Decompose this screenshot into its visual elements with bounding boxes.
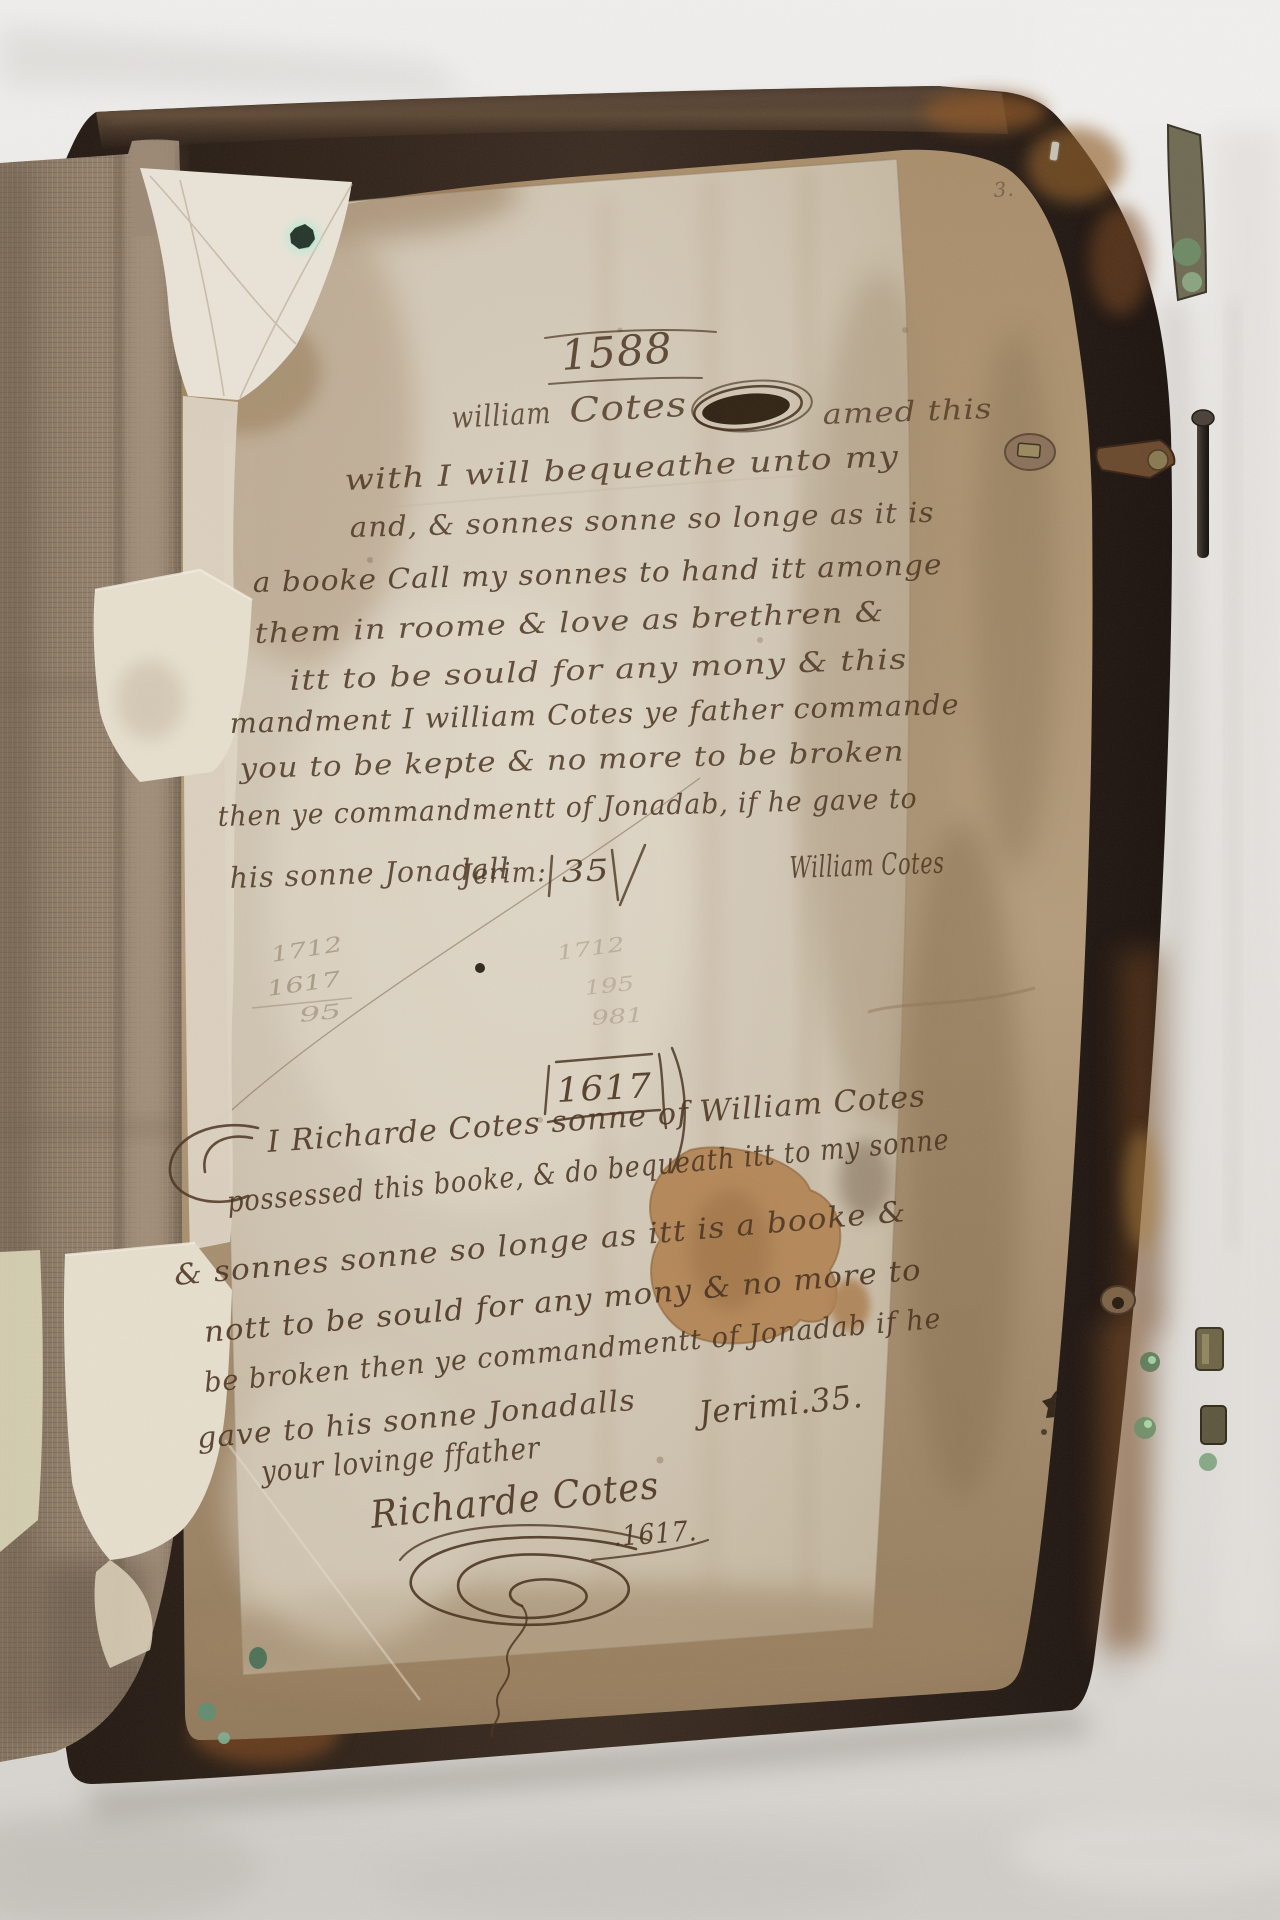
photo-canvas: 1588 william Cotes amed this with I will… [0,0,1280,1920]
photo-of-antique-book-inside-cover: 1588 william Cotes amed this with I will… [0,0,1280,1920]
photo-grain-overlay [0,0,1280,1920]
